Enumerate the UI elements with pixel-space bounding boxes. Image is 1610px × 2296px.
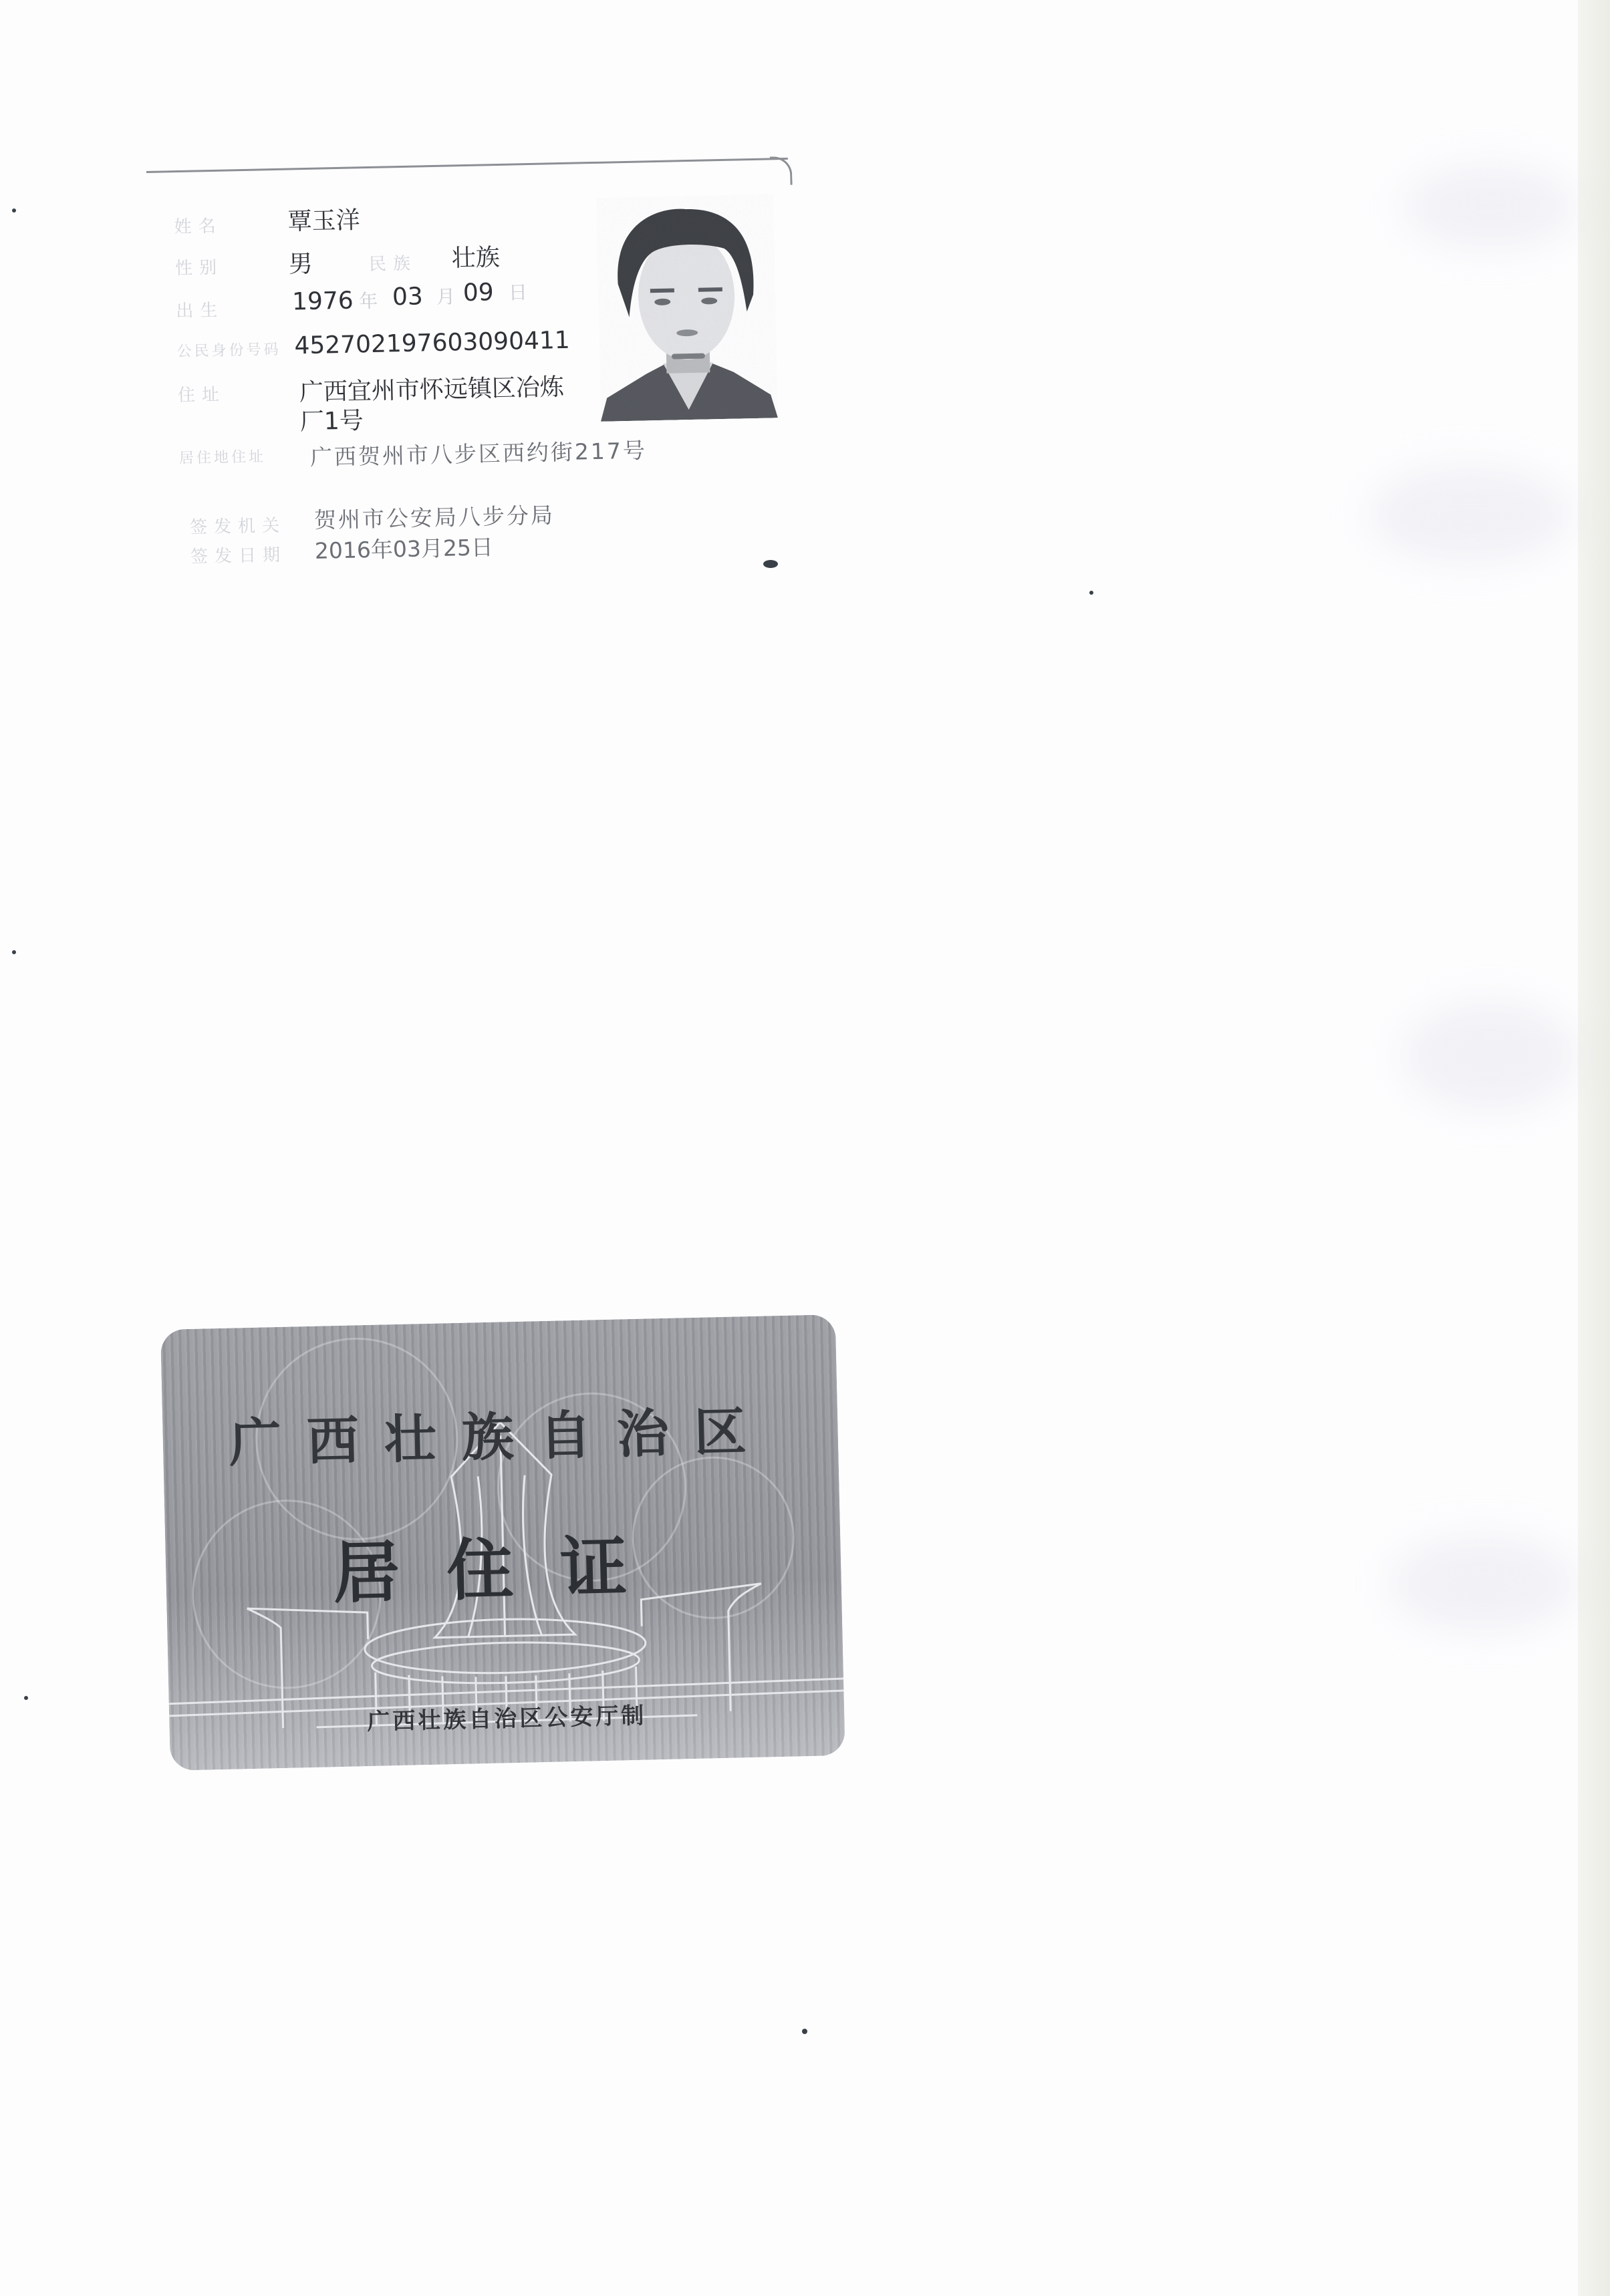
label-issuing-authority: 签发机关 <box>190 512 287 539</box>
label-birth: 出生 <box>176 297 225 323</box>
scan-speck <box>1089 591 1093 595</box>
scan-speck <box>763 560 778 568</box>
field-name: 覃玉洋 <box>287 201 360 237</box>
portrait-photo <box>596 194 778 421</box>
field-birth-year: 1976 <box>292 287 354 316</box>
label-ethnicity: 民族 <box>369 250 418 276</box>
field-issuing-authority: 贺州市公安局八步分局 <box>313 498 555 535</box>
label-address: 住址 <box>178 381 227 407</box>
field-residence-address: 广西贺州市八步区西约街217号 <box>309 433 647 472</box>
field-birth-day: 09 <box>462 279 494 307</box>
label-residence-address: 居住地住址 <box>179 445 267 468</box>
residence-permit-back: 广西壮族自治区 居住证 广西壮族自治区公安厅制 <box>160 1314 845 1771</box>
scan-smudge <box>1403 167 1577 247</box>
birth-year-unit: 年 <box>359 287 378 314</box>
scanner-edge-shadow <box>1578 0 1610 2296</box>
scan-speck <box>802 2029 807 2034</box>
scan-speck <box>12 950 16 954</box>
field-issue-date: 2016年03月25日 <box>314 530 493 565</box>
scan-speck <box>12 208 16 212</box>
residence-permit-front: 姓名 覃玉洋 性别 男 民族 壮族 出生 1976 年 03 月 09 日 公民… <box>146 127 803 568</box>
label-sex: 性别 <box>175 254 224 280</box>
scan-smudge <box>1403 1002 1577 1109</box>
card-edge <box>146 158 788 173</box>
scan-speck <box>24 1696 28 1700</box>
card-corner <box>770 156 793 186</box>
field-ethnicity: 壮族 <box>451 239 500 273</box>
card-back-subtitle: 居住证 <box>165 1508 842 1620</box>
field-birth-month: 03 <box>392 283 424 311</box>
card-back-title: 广西壮族自治区 <box>162 1388 838 1478</box>
label-name: 姓名 <box>174 212 223 239</box>
label-id-number: 公民身份号码 <box>176 338 281 361</box>
birth-day-unit: 日 <box>508 278 527 305</box>
field-sex: 男 <box>288 245 313 280</box>
label-issue-date: 签发日期 <box>190 541 287 568</box>
field-id-number: 452702197603090411 <box>294 327 570 360</box>
scan-smudge <box>1370 468 1571 561</box>
birth-month-unit: 月 <box>436 282 456 309</box>
field-address-line2: 厂1号 <box>299 402 364 437</box>
scan-smudge <box>1390 1537 1577 1630</box>
